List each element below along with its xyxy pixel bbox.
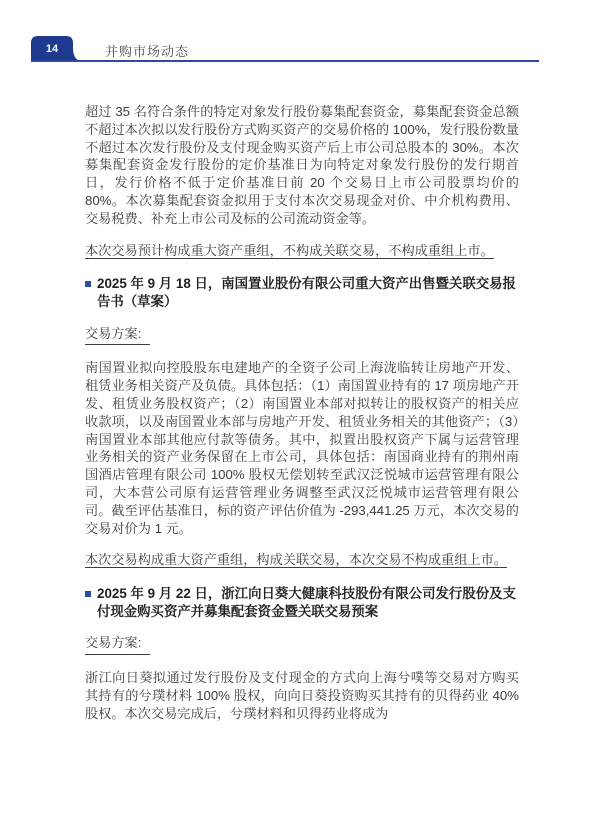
header-title: 并购市场动态: [105, 41, 189, 60]
section-heading-nanguo: 2025 年 9 月 18 日，南国置业股份有限公司重大资产出售暨关联交易报告书…: [85, 275, 519, 310]
page-header: 14 并购市场动态: [0, 0, 600, 70]
page-number: 14: [31, 36, 73, 61]
section-heading-text: 2025 年 9 月 18 日，南国置业股份有限公司重大资产出售暨关联交易报告书…: [97, 276, 516, 309]
section-heading-sunflower: 2025 年 9 月 22 日，浙江向日葵大健康科技股份有限公司发行股份及支付现…: [85, 585, 519, 620]
square-bullet-icon: [85, 281, 91, 287]
conclusion-underlined-2: 本次交易构成重大资产重组，构成关联交易，本次交易不构成重组上市。: [85, 551, 519, 569]
transaction-plan-label-text: 交易方案:: [85, 634, 150, 655]
document-page: 14 并购市场动态 超过 35 名符合条件的特定对象发行股份募集配套资金，募集配…: [0, 0, 600, 814]
conclusion-underlined-1: 本次交易预计构成重大资产重组，不构成关联交易，不构成重组上市。: [85, 242, 519, 260]
paragraph-sunflower-plan: 浙江向日葵拟通过发行股份及支付现金的方式向上海兮噗等交易对方购买其持有的兮璞材料…: [85, 669, 519, 722]
section-heading-text: 2025 年 9 月 22 日，浙江向日葵大健康科技股份有限公司发行股份及支付现…: [97, 586, 516, 619]
transaction-plan-label-1: 交易方案:: [85, 325, 519, 346]
page-number-tab: 14: [31, 36, 85, 62]
square-bullet-icon: [85, 591, 91, 597]
paragraph-nanguo-plan: 南国置业拟向控股股东电建地产的全资子公司上海泷临转让房地产开发、租赁业务相关资产…: [85, 359, 519, 537]
transaction-plan-label-2: 交易方案:: [85, 634, 519, 655]
header-rule: [31, 60, 539, 62]
paragraph-fundraising-terms: 超过 35 名符合条件的特定对象发行股份募集配套资金，募集配套资金总额不超过本次…: [85, 103, 519, 228]
transaction-plan-label-text: 交易方案:: [85, 325, 150, 346]
page-body: 超过 35 名符合条件的特定对象发行股份募集配套资金，募集配套资金总额不超过本次…: [85, 103, 519, 737]
